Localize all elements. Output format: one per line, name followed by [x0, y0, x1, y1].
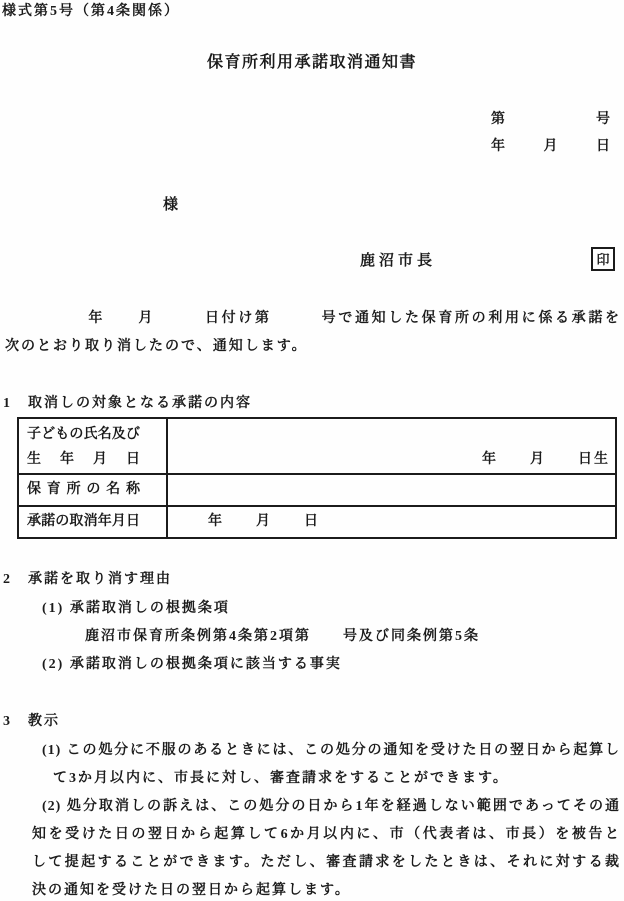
facility-label: 保育所の名称 [27, 477, 140, 502]
cancel-date-label: 承諾の取消年月日 [27, 509, 140, 534]
section3-item2-line1: (2) 処分取消しの訴えは、この処分の日から1年を経過しない範囲であってその通 [42, 799, 620, 816]
section3-item1-line1: (1) この処分に不服のあるときには、この処分の通知を受けた日の翌日から起算し [42, 743, 620, 760]
child-name-label-cell: 子どもの氏名及び 生年月日 [19, 419, 168, 473]
section3-item1-line2: て3か月以内に、市長に対し、審査請求をすることができます。 [53, 771, 509, 788]
issuer-name: 鹿沼市長 [360, 252, 436, 270]
child-birthdate-placeholder: 年 月 日生 [176, 447, 610, 472]
date-month-label: 月 [544, 139, 560, 156]
document-title: 保育所利用承諾取消通知書 [0, 53, 624, 72]
date-day-label: 日 [596, 139, 612, 156]
cancel-date-placeholder: 年 月 日 [176, 509, 610, 534]
document-number-line: 第 号 [491, 112, 612, 129]
facility-value-cell [168, 475, 615, 505]
table-row-child: 子どもの氏名及び 生年月日 年 月 日生 [19, 419, 615, 475]
intro-line-1: 年 月 日付け第 号で通知した保育所の利用に係る承諾を [5, 311, 620, 328]
child-label-line2: 生年月日 [27, 447, 140, 472]
section3-item2-line2: 知を受けた日の翌日から起算して6か月以内に、市（代表者は、市長）を被告と [32, 827, 620, 844]
section3-item2-line3: して提起することができます。ただし、審査請求をしたときは、それに対する裁 [32, 855, 620, 872]
facility-label-cell: 保育所の名称 [19, 475, 168, 505]
child-label-line1: 子どもの氏名及び [27, 422, 140, 447]
recipient-honorific: 様 [163, 196, 180, 214]
cancel-date-value-cell: 年 月 日 [168, 507, 615, 537]
form-number: 様式第5号（第4条関係） [2, 4, 180, 21]
child-name-value-cell: 年 月 日生 [168, 419, 615, 473]
table-row-facility: 保育所の名称 [19, 475, 615, 507]
section1-heading: 1 取消しの対象となる承諾の内容 [3, 396, 252, 413]
section2-item2: (2) 承諾取消しの根拠条項に該当する事実 [42, 657, 342, 674]
doc-number-prefix: 第 [491, 112, 507, 129]
section2-heading: 2 承諾を取り消す理由 [3, 572, 172, 589]
approval-table: 子どもの氏名及び 生年月日 年 月 日生 保育所の名称 承諾の取消年月日 年 月… [17, 417, 617, 539]
seal-icon: 印 [596, 253, 609, 266]
intro-line-2: 次のとおり取り消したので、通知します。 [5, 339, 308, 356]
seal-box: 印 [591, 247, 615, 271]
section3-item2-line4: 決の通知を受けた日の翌日から起算します。 [32, 883, 351, 900]
child-value-blank [176, 422, 610, 447]
section2-item1-detail: 鹿沼市保育所条例第4条第2項第 号及び同条例第5条 [85, 629, 480, 646]
section2-item1: (1) 承諾取消しの根拠条項 [42, 601, 230, 618]
date-year-label: 年 [491, 139, 507, 156]
table-row-cancel-date: 承諾の取消年月日 年 月 日 [19, 507, 615, 537]
cancel-date-label-cell: 承諾の取消年月日 [19, 507, 168, 537]
facility-value-blank [176, 477, 610, 502]
document-page: 様式第5号（第4条関係） 保育所利用承諾取消通知書 第 号 年 月 日 様 鹿沼… [0, 0, 624, 901]
issue-date-line: 年 月 日 [491, 139, 612, 156]
section3-heading: 3 教示 [3, 714, 60, 731]
doc-number-suffix: 号 [596, 112, 612, 129]
